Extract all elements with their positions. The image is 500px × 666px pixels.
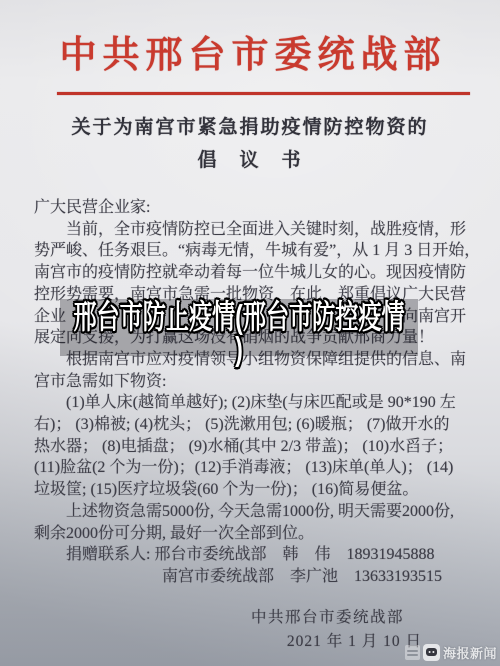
line-text: (1)单人床(越简单越好); (2)床垫(与床匹配或是 90*190 左 bbox=[34, 392, 456, 414]
document-text-line: 南宫市的疫情防控就牵动着每一位牛城儿女的心。现因疫情防 bbox=[34, 262, 466, 284]
document-text-line: 宫市急需如下物资: bbox=[34, 371, 466, 393]
document-text-line: 捐赠联系人: 邢台市委统战部 韩 伟 18931945888 bbox=[34, 544, 466, 566]
watermark-brand-text: 海报新闻 bbox=[443, 643, 497, 662]
org-title: 中共邢台市委统战部 bbox=[0, 24, 500, 78]
caption-text-line2: ) bbox=[235, 332, 243, 365]
document-text-line: 右)； (3)棉被; (4)枕头； (5)洗漱用包; (6)暖瓶； (7)做开水… bbox=[34, 414, 466, 436]
line-text: 南宫市的疫情防控就牵动着每一位牛城儿女的心。现因疫情防 bbox=[34, 262, 466, 284]
document-subject: 关于为南宫市紧急捐助疫情防控物资的 bbox=[0, 112, 500, 139]
line-text: 热水器； (8)电插盘； (9)水桶(其中 2/3 带盖)； (10)水舀子； bbox=[34, 436, 453, 458]
line-text: 剩余2000份可分期, 最好一次全部到位。 bbox=[34, 523, 314, 545]
red-divider bbox=[57, 92, 470, 95]
news-app-badge-icon bbox=[405, 645, 420, 660]
document-photo: 中共邢台市委统战部 关于为南宫市紧急捐助疫情防控物资的 倡 议 书 广大民营企业… bbox=[0, 0, 500, 666]
signature-block: 中共邢台市委统战部 2021 年 1 月 10 日 bbox=[251, 606, 422, 654]
line-text: 势严峻、任务艰巨。“病毒无情，牛城有爱”，从 1 月 3 日开始， bbox=[34, 240, 480, 262]
line-text: 右)； (3)棉被; (4)枕头； (5)洗漱用包; (6)暖瓶； (7)做开水… bbox=[34, 414, 450, 436]
document-text-line: 上述物资急需5000份, 今天急需1000份, 明天需要2000份, bbox=[34, 501, 466, 523]
document-text-line: 剩余2000份可分期, 最好一次全部到位。 bbox=[34, 523, 466, 545]
line-text: 南宫市委统战部 李广池 13633193515 bbox=[34, 566, 442, 588]
document-text-line: 南宫市委统战部 李广池 13633193515 bbox=[34, 566, 466, 588]
caption-text-line1: 邢台市防止疫情(邢台市防控疫情 bbox=[73, 300, 404, 333]
caption-banner: 邢台市防止疫情(邢台市防控疫情 ) bbox=[60, 299, 418, 356]
document-text-line: (1)单人床(越简单越好); (2)床垫(与床匹配或是 90*190 左 bbox=[34, 392, 466, 414]
line-text: 广大民营企业家: bbox=[34, 197, 150, 219]
signature-date: 2021 年 1 月 10 日 bbox=[251, 630, 422, 654]
document-text-line: 垃圾筐; (15)医疗垃圾袋(60 个为一份)； (16)简易便盆。 bbox=[34, 479, 466, 501]
line-text: 垃圾筐; (15)医疗垃圾袋(60 个为一份)； (16)简易便盆。 bbox=[34, 479, 418, 501]
document-text-line: (11)脸盆(2 个为一份)；(12)手消毒液； (13)床单(单人)； (14… bbox=[34, 457, 466, 479]
line-text: 捐赠联系人: 邢台市委统战部 韩 伟 18931945888 bbox=[34, 544, 434, 566]
line-text: 宫市急需如下物资: bbox=[34, 371, 166, 393]
document-body: 广大民营企业家: 当前，全市疫情防控已全面进入关键时刻，战胜疫情，形 势严峻、任… bbox=[34, 197, 466, 588]
line-text: 当前，全市疫情防控已全面进入关键时刻，战胜疫情，形 bbox=[34, 219, 466, 241]
news-watermark: 海报新闻 bbox=[405, 643, 497, 662]
signature-org: 中共邢台市委统战部 bbox=[251, 606, 422, 630]
line-text: (11)脸盆(2 个为一份)；(12)手消毒液； (13)床单(单人)； (14… bbox=[34, 457, 453, 479]
haibao-news-logo-icon bbox=[423, 644, 440, 661]
document-type-title: 倡 议 书 bbox=[0, 145, 500, 172]
document-text-line: 势严峻、任务艰巨。“病毒无情，牛城有爱”，从 1 月 3 日开始， bbox=[34, 240, 466, 262]
document-text-line: 广大民营企业家: bbox=[34, 197, 466, 219]
document-text-line: 当前，全市疫情防控已全面进入关键时刻，战胜疫情，形 bbox=[34, 219, 466, 241]
document-text-line: 热水器； (8)电插盘； (9)水桶(其中 2/3 带盖)； (10)水舀子； bbox=[34, 436, 466, 458]
line-text: 上述物资急需5000份, 今天急需1000份, 明天需要2000份, bbox=[34, 501, 454, 523]
